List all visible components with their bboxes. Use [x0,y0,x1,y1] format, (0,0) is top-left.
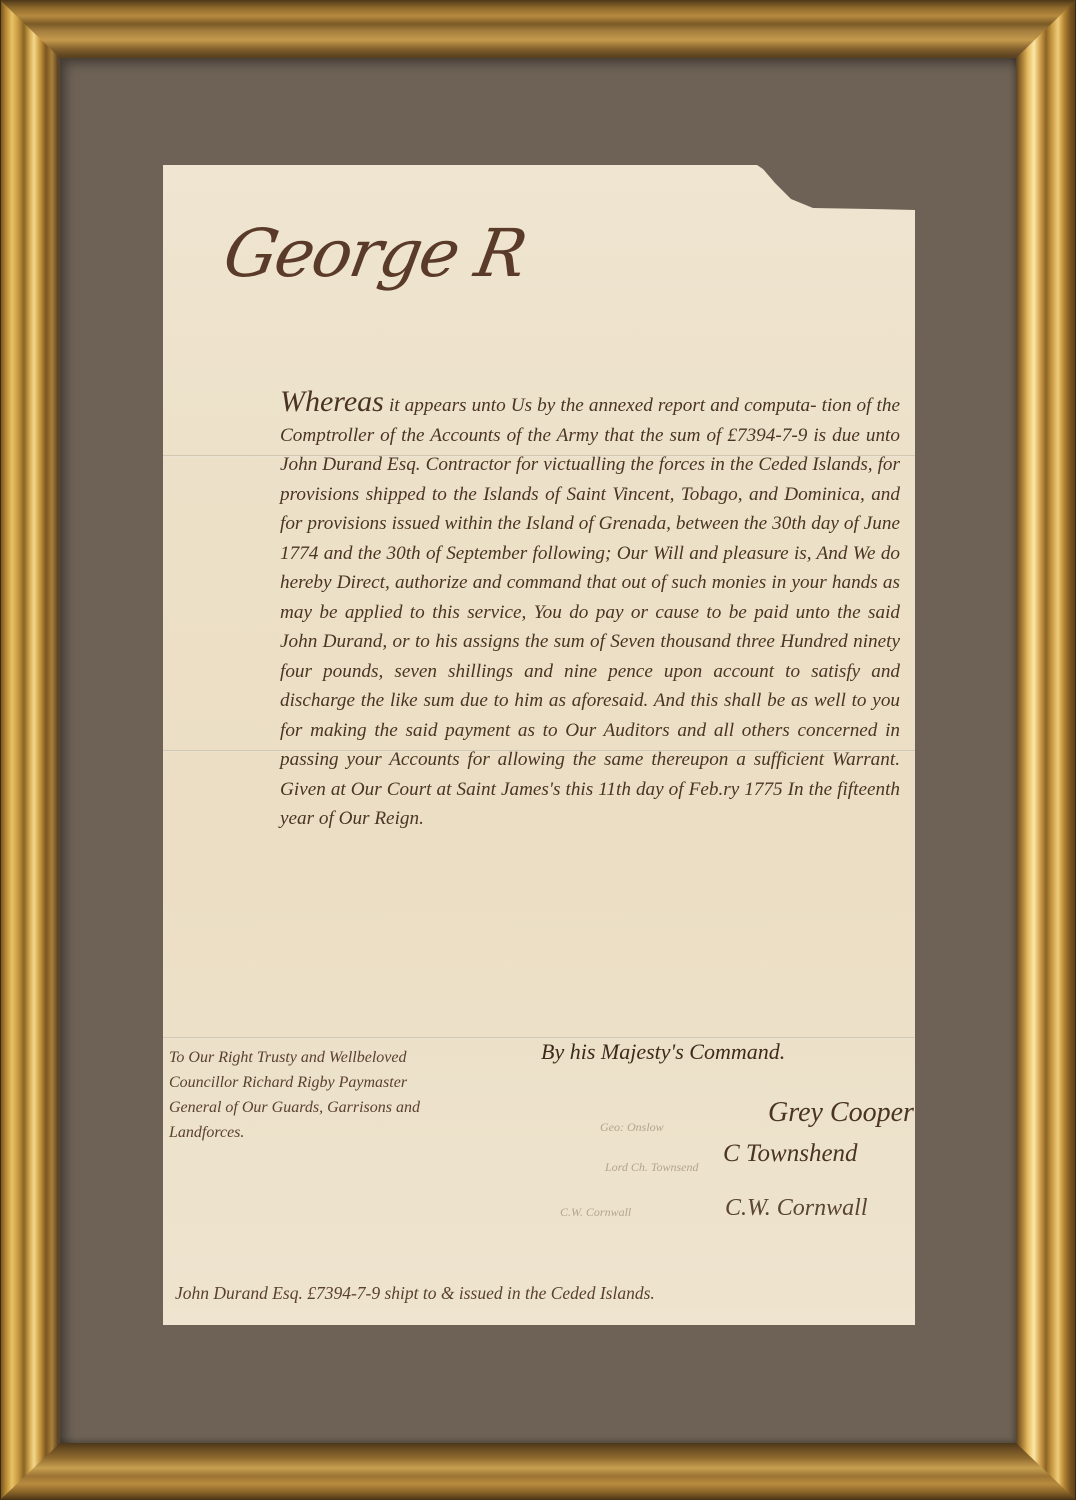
body-line: Reign. [374,808,424,829]
warrant-document: George R Whereas it appears unto Us by t… [163,165,915,1325]
warrant-body: Whereas it appears unto Us by the annexe… [280,387,900,834]
body-line: provisions issued within the Island of G… [307,513,767,534]
body-line: it appears unto Us by the annexed report… [389,395,817,416]
royal-signature: George R [218,215,531,292]
body-line: making the said payment as to Our Audito… [310,720,790,741]
countersignature: Grey Cooper [768,1097,914,1129]
docket-note: John Durand Esq. £7394-7-9 shipt to & is… [175,1283,655,1304]
frame-bottom-rail [0,1443,1076,1500]
command-line: By his Majesty's Command. [541,1039,785,1065]
pencil-annotation: C.W. Cornwall [560,1205,631,1220]
countersignature: C.W. Cornwall [725,1195,868,1222]
addressee-block: To Our Right Trusty and Wellbeloved Coun… [169,1045,519,1145]
addressee-line: General of Our Guards, Garrisons and [169,1095,519,1120]
addressee-line: Councillor Richard Rigby Paymaster [169,1070,519,1095]
frame-top-rail [0,0,1076,58]
addressee-line: Landforces. [169,1120,519,1145]
pencil-annotation: Geo: Onslow [600,1120,664,1135]
body-lead-word: Whereas [280,385,384,418]
fold-line [163,1037,915,1039]
countersignature: C Townshend [723,1140,858,1168]
addressee-line: To Our Right Trusty and Wellbeloved [169,1045,519,1070]
pencil-annotation: Lord Ch. Townsend [605,1160,698,1175]
body-line: applied to this service, You do pay or c… [345,602,861,623]
